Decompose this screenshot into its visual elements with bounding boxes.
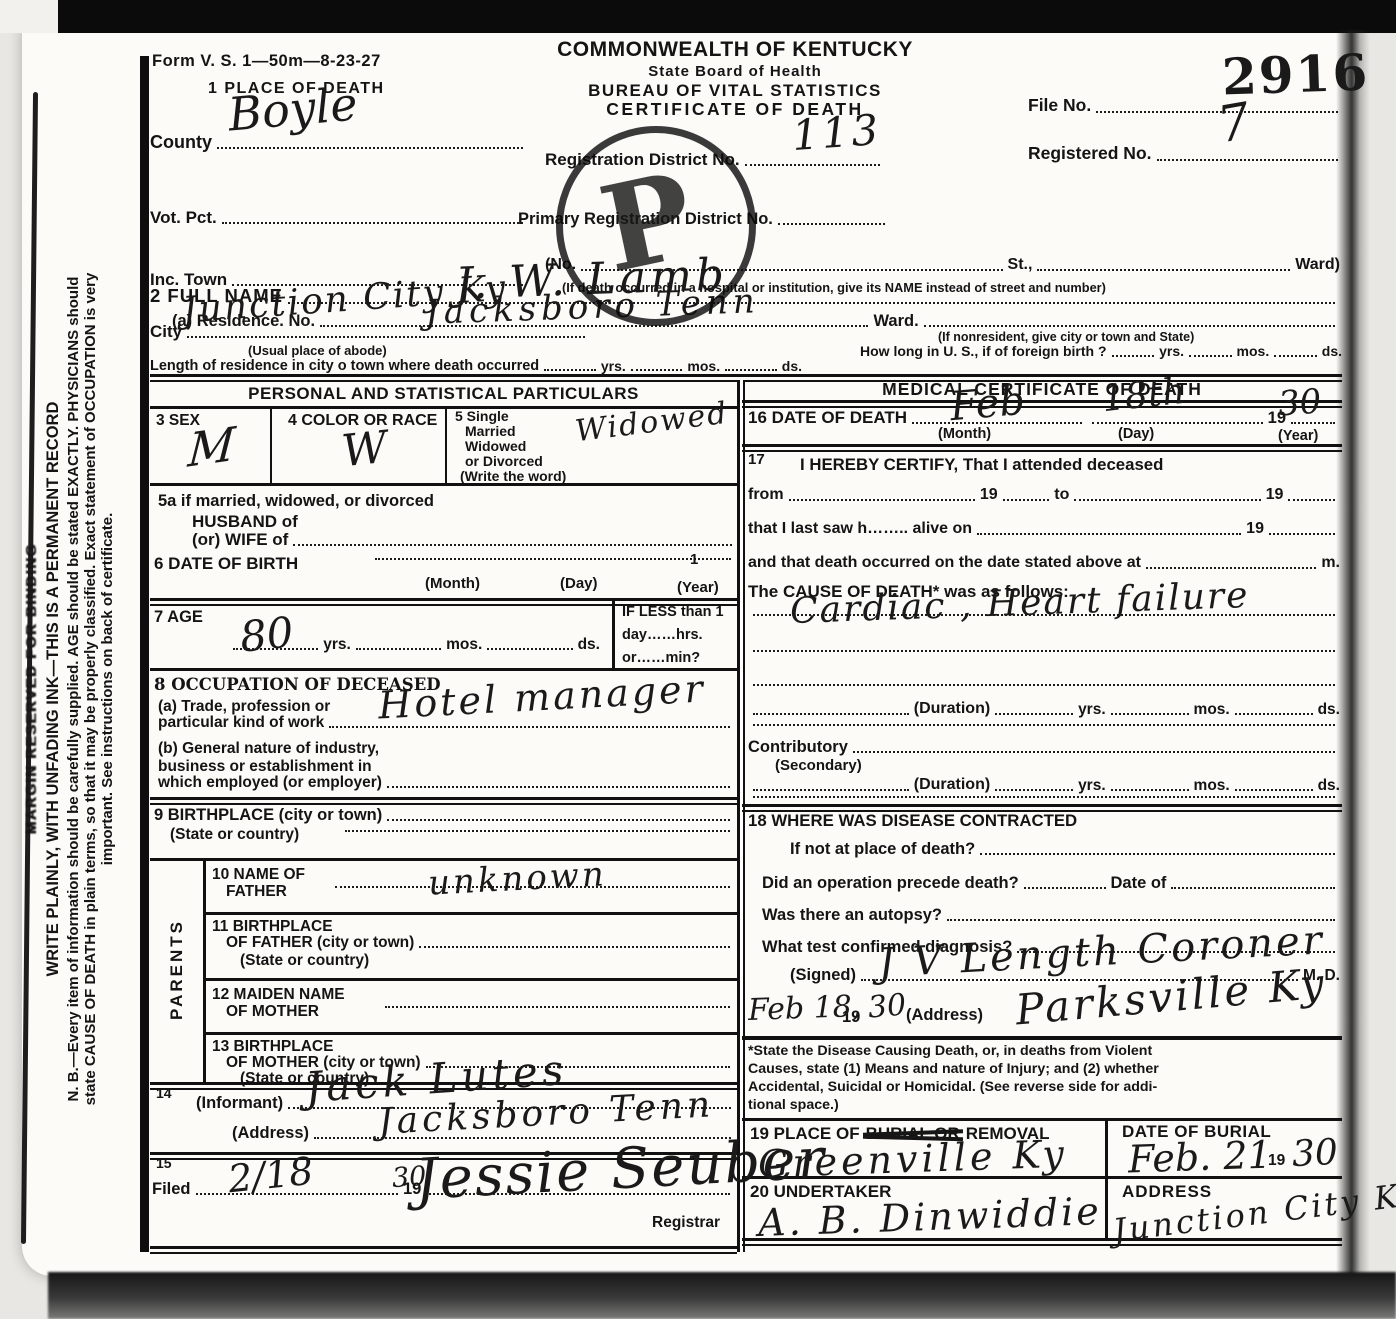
dotted-leader <box>1024 885 1106 889</box>
not-at-place-label: If not at place of death? <box>790 840 975 858</box>
commonwealth-heading: COMMONWEALTH OF KENTUCKY <box>520 38 950 62</box>
mother-maiden-label-1: 12 MAIDEN NAME <box>212 986 345 1003</box>
yrs-label: yrs. <box>1078 777 1106 794</box>
mother-birthplace-label-1: 13 BIRTHPLACE <box>212 1038 333 1055</box>
duration-label: (Duration) <box>914 776 990 794</box>
rule <box>150 1246 737 1254</box>
birthplace-row: 9 BIRTHPLACE (city or town) <box>154 806 735 824</box>
secondary-label: (Secondary) <box>775 758 862 775</box>
margin-nb-line2: state CAUSE OF DEATH in plain terms, so … <box>83 114 100 1264</box>
column-divider <box>737 380 745 1252</box>
rule <box>206 912 737 915</box>
dotted-leader <box>980 851 1335 855</box>
mos-label: mos. <box>687 359 720 375</box>
dotted-leader <box>1157 157 1339 161</box>
length-residence-row: Length of residence in city o town where… <box>150 358 802 374</box>
father-birthplace-row: OF FATHER (city or town) <box>226 934 735 951</box>
certificate-heading: CERTIFICATE OF DEATH <box>520 100 950 120</box>
birthplace-line <box>340 828 735 835</box>
dotted-leader <box>1146 565 1316 569</box>
cell-border <box>445 408 447 483</box>
occupation-b-line2: business or establishment in <box>158 758 372 775</box>
informant-address-label: (Address) <box>232 1124 309 1142</box>
undertaker-value: A. B. Dinwiddie <box>757 1192 1102 1242</box>
not-at-place-row: If not at place of death? <box>790 840 1340 858</box>
father-birthplace-label-1: 11 BIRTHPLACE <box>212 918 333 935</box>
burial-date-value: Feb. 21 <box>1127 1136 1272 1179</box>
dotted-leader <box>1092 420 1262 424</box>
dotted-leader <box>753 722 1335 726</box>
age-label: 7 AGE <box>154 608 203 626</box>
dotted-leader <box>778 221 885 225</box>
dotted-leader <box>753 682 1335 686</box>
m-label: m. <box>1321 554 1340 572</box>
to-label: to <box>1054 486 1069 504</box>
rule <box>150 797 737 805</box>
dotted-leader <box>725 367 777 371</box>
length-residence-label: Length of residence in city o town where… <box>150 358 539 374</box>
dotted-leader <box>1189 353 1232 357</box>
cause-line-3 <box>748 682 1340 689</box>
rule <box>150 858 737 861</box>
ifless-line1: IF LESS than 1 <box>622 604 724 620</box>
date-of-death-label: 16 DATE OF DEATH <box>748 408 907 427</box>
registered-no-label: Registered No. <box>1028 144 1152 164</box>
dotted-leader <box>544 367 596 371</box>
husband-of-label: HUSBAND of <box>192 512 298 531</box>
footnote-line2: Causes, state (1) Means and nature of In… <box>748 1062 1159 1078</box>
margin-binding-text: MARGIN RESERVED FOR BINDING <box>24 114 41 1264</box>
rule <box>150 483 737 486</box>
yrs-label: yrs. <box>1078 701 1106 718</box>
dotted-leader <box>1112 353 1155 357</box>
state-board-heading: State Board of Health <box>520 64 950 81</box>
ds-label: ds. <box>1322 344 1342 360</box>
item-14-number: 14 <box>156 1086 172 1102</box>
street-label: St., <box>1008 256 1033 274</box>
dotted-leader <box>385 1004 730 1008</box>
mother-maiden-line <box>380 1004 735 1011</box>
dotted-leader <box>1235 787 1313 791</box>
occupation-employer-row: which employed (or employer) <box>158 774 735 791</box>
dod-year-caption: (Year) <box>1278 428 1318 444</box>
occupation-b-line3: which employed (or employer) <box>158 774 382 791</box>
dotted-leader <box>222 220 523 224</box>
dotted-leader <box>853 749 1335 753</box>
cell-border <box>612 598 615 668</box>
duration-label: (Duration) <box>914 700 990 718</box>
sex-value: M <box>187 420 237 473</box>
cause-line-2 <box>748 648 1340 655</box>
ifless-line2: day……hrs. <box>622 627 703 643</box>
signature-year: 30 <box>867 990 908 1023</box>
dotted-leader <box>187 334 585 338</box>
county-row: County <box>150 132 528 152</box>
dotted-leader <box>419 944 730 948</box>
dod-year-value: 30 <box>1277 385 1323 422</box>
father-birthplace-label-2: OF FATHER (city or town) <box>226 934 414 951</box>
dotted-leader <box>387 817 730 821</box>
dob-year-prefix: 1 <box>690 552 698 569</box>
mos-label: mos. <box>1194 777 1230 794</box>
vot-pct-row: Vot. Pct. <box>150 208 528 227</box>
burial-place-value: Greenville Ky <box>757 1135 1068 1184</box>
cell-border <box>270 408 272 483</box>
mos-label: mos. <box>446 636 482 653</box>
dod-month-value: Feb <box>948 381 1026 427</box>
dotted-leader <box>1288 497 1335 501</box>
registered-no-row: Registered No. <box>1028 144 1343 164</box>
burial-year-value: 30 <box>1291 1135 1339 1173</box>
county-value-handwriting: Boyle <box>226 80 359 137</box>
mos-label: mos. <box>1194 701 1230 718</box>
certify-statement: I HEREBY CERTIFY, That I attended deceas… <box>800 456 1163 475</box>
duration-row-2: (Duration) yrs. mos. ds. <box>748 776 1340 794</box>
birthplace-label: 9 BIRTHPLACE (city or town) <box>154 806 382 824</box>
footnote-line3: Accidental, Suicidal or Homicidal. (See … <box>748 1080 1157 1096</box>
ds-label: ds. <box>1318 701 1340 718</box>
ward-label: Ward. <box>873 312 918 330</box>
parents-side-cell: PARENTS <box>150 858 206 1082</box>
item-17-number: 17 <box>748 452 765 469</box>
dotted-leader <box>995 711 1073 715</box>
if-married-label: 5a if married, widowed, or divorced <box>158 492 434 510</box>
dotted-leader <box>977 531 1241 535</box>
attended-from-row: from 19 to 19 <box>748 486 1340 504</box>
yrs-label: yrs. <box>601 359 626 375</box>
father-name-label-1: 10 NAME OF <box>212 866 305 883</box>
dotted-leader <box>1111 787 1189 791</box>
p-stamp-letter: P <box>589 145 705 299</box>
dotted-leader <box>217 145 523 149</box>
duration-line-2 <box>748 794 1340 801</box>
wife-of-row: (or) WIFE of <box>192 530 737 549</box>
dotted-leader <box>356 646 441 650</box>
dotted-leader <box>1171 885 1335 889</box>
duration-row-1: (Duration) yrs. mos. ds. <box>748 700 1340 718</box>
duration-line <box>748 722 1340 729</box>
birthplace-state-note: (State or country) <box>170 826 299 843</box>
mother-maiden-label-2: OF MOTHER <box>226 1003 319 1020</box>
dotted-leader <box>387 784 730 788</box>
operation-label: Did an operation precede death? <box>762 874 1019 892</box>
dotted-leader <box>345 828 730 832</box>
signature-date: Feb 18, <box>748 992 862 1026</box>
filed-label: Filed <box>152 1180 191 1198</box>
footnote-line4: tional space.) <box>748 1098 839 1114</box>
ifless-line3: or……min? <box>622 650 700 666</box>
lastsaw-19-label: 19 <box>1246 520 1264 538</box>
to-19-label: 19 <box>1266 486 1284 504</box>
date-of-label: Date of <box>1111 874 1167 892</box>
contributory-row: Contributory <box>748 738 1340 756</box>
ds-label: ds. <box>1318 777 1340 794</box>
mos-label: mos. <box>1237 344 1270 360</box>
footnote-line1: *State the Disease Causing Death, or, in… <box>748 1044 1152 1060</box>
dotted-leader <box>753 648 1335 652</box>
margin-nb-line1: N. B.—Every item of information should b… <box>66 114 83 1264</box>
howlong-row: How long in U. S., if of foreign birth ?… <box>860 344 1342 360</box>
dotted-leader <box>753 794 1335 798</box>
operation-row: Did an operation precede death? Date of <box>762 874 1340 892</box>
ds-label: ds. <box>578 636 600 653</box>
death-occurred-label: and that death occurred on the date stat… <box>748 554 1141 572</box>
age-value: 80 <box>238 611 296 658</box>
dotted-leader <box>1235 711 1313 715</box>
dotted-leader <box>1074 497 1260 501</box>
occupation-a-line2: particular kind of work <box>158 714 324 731</box>
rule <box>742 1036 1342 1040</box>
filed-date-value: 2/18 <box>226 1152 315 1199</box>
dotted-leader <box>924 323 1335 327</box>
rule <box>206 1032 737 1035</box>
wife-of-label: (or) WIFE of <box>192 530 288 549</box>
paper-right-edge <box>1336 30 1370 1274</box>
yrs-label: yrs. <box>1159 344 1184 360</box>
registrar-label: Registrar <box>652 1214 720 1231</box>
p-stamp: P <box>556 126 756 326</box>
dotted-leader <box>745 162 880 166</box>
scan-bottom-band <box>48 1272 1396 1319</box>
dob-line <box>370 556 736 563</box>
father-name-value: unknown <box>427 857 607 900</box>
father-name-label-2: FATHER <box>226 883 287 900</box>
ds-label: ds. <box>782 359 802 375</box>
death-certificate-scan: MARGIN RESERVED FOR BINDING WRITE PLAINL… <box>0 0 1396 1319</box>
father-birthplace-label-3: (State or country) <box>240 952 369 969</box>
dotted-leader <box>1111 711 1189 715</box>
race-value: W <box>340 426 390 474</box>
right-column-title: MEDICAL CERTIFICATE OF DEATH <box>742 380 1342 400</box>
howlong-label: How long in U. S., if of foreign birth ? <box>860 344 1107 360</box>
margin-instructions: MARGIN RESERVED FOR BINDING WRITE PLAINL… <box>24 114 142 1264</box>
dotted-leader <box>1274 353 1317 357</box>
dotted-leader <box>293 542 732 546</box>
rule <box>742 1118 1342 1121</box>
form-number: Form V. S. 1—50m—8-23-27 <box>152 52 381 70</box>
last-saw-label: that I last saw h…….. alive on <box>748 520 972 538</box>
dod-day-caption: (Day) <box>1118 426 1154 442</box>
disease-contracted-label: 18 WHERE WAS DISEASE CONTRACTED <box>748 812 1077 831</box>
dotted-leader <box>631 367 683 371</box>
date-of-death-row: 16 DATE OF DEATH 19 <box>748 408 1340 427</box>
dotted-leader <box>789 497 975 501</box>
dotted-leader <box>995 787 1073 791</box>
ward-paren-label: Ward) <box>1295 256 1340 274</box>
autopsy-label: Was there an autopsy? <box>762 906 942 924</box>
dod-day-value: 18th <box>1100 374 1187 419</box>
dotted-leader <box>753 787 909 791</box>
rule <box>742 400 1342 408</box>
dotted-leader <box>1269 531 1335 535</box>
margin-plainly-text: WRITE PLAINLY, WITH UNFADING INK—THIS IS… <box>44 114 62 1264</box>
bureau-heading: BUREAU OF VITAL STATISTICS <box>520 81 950 100</box>
vot-pct-label: Vot. Pct. <box>150 208 217 227</box>
dotted-leader <box>375 556 731 560</box>
dob-day-caption: (Day) <box>560 576 598 593</box>
abode-note: (Usual place of abode) <box>248 344 387 359</box>
dotted-leader <box>753 711 909 715</box>
dotted-leader <box>1037 267 1290 271</box>
scan-top-band <box>0 0 1396 33</box>
file-no-label: File No. <box>1028 96 1091 116</box>
occupation-b-line1: (b) General nature of industry, <box>158 740 379 757</box>
registration-district-value: 113 <box>791 109 883 157</box>
date-of-birth-label: 6 DATE OF BIRTH <box>154 554 298 573</box>
signed-label: (Signed) <box>790 966 856 984</box>
county-label: County <box>150 132 212 152</box>
rule <box>206 978 737 981</box>
undertaker-address-label: ADDRESS <box>1122 1182 1212 1201</box>
yrs-label: yrs. <box>323 636 351 653</box>
informant-label: (Informant) <box>196 1094 283 1112</box>
parents-vertical-label: PARENTS <box>167 920 186 1021</box>
item-15-number: 15 <box>156 1156 172 1172</box>
last-saw-row: that I last saw h…….. alive on 19 <box>748 520 1340 538</box>
dotted-leader <box>1003 497 1050 501</box>
nonresident-note: (If nonresident, give city or town and S… <box>938 330 1194 344</box>
from-label: from <box>748 486 784 504</box>
left-column-title: PERSONAL AND STATISTICAL PARTICULARS <box>150 384 737 403</box>
dob-year-caption: (Year) <box>677 580 719 597</box>
dotted-leader <box>487 646 572 650</box>
rule <box>742 444 1342 452</box>
margin-nb-line3: important. See instructions on back of c… <box>100 114 117 1264</box>
death-occurred-row: and that death occurred on the date stat… <box>748 554 1340 572</box>
address-paren-label: (Address) <box>906 1006 983 1024</box>
dob-month-caption: (Month) <box>425 576 480 593</box>
scan-corner <box>0 0 58 33</box>
contributory-label: Contributory <box>748 738 848 756</box>
occupation-a-line1: (a) Trade, profession or <box>158 698 330 715</box>
from-19-label: 19 <box>980 486 998 504</box>
